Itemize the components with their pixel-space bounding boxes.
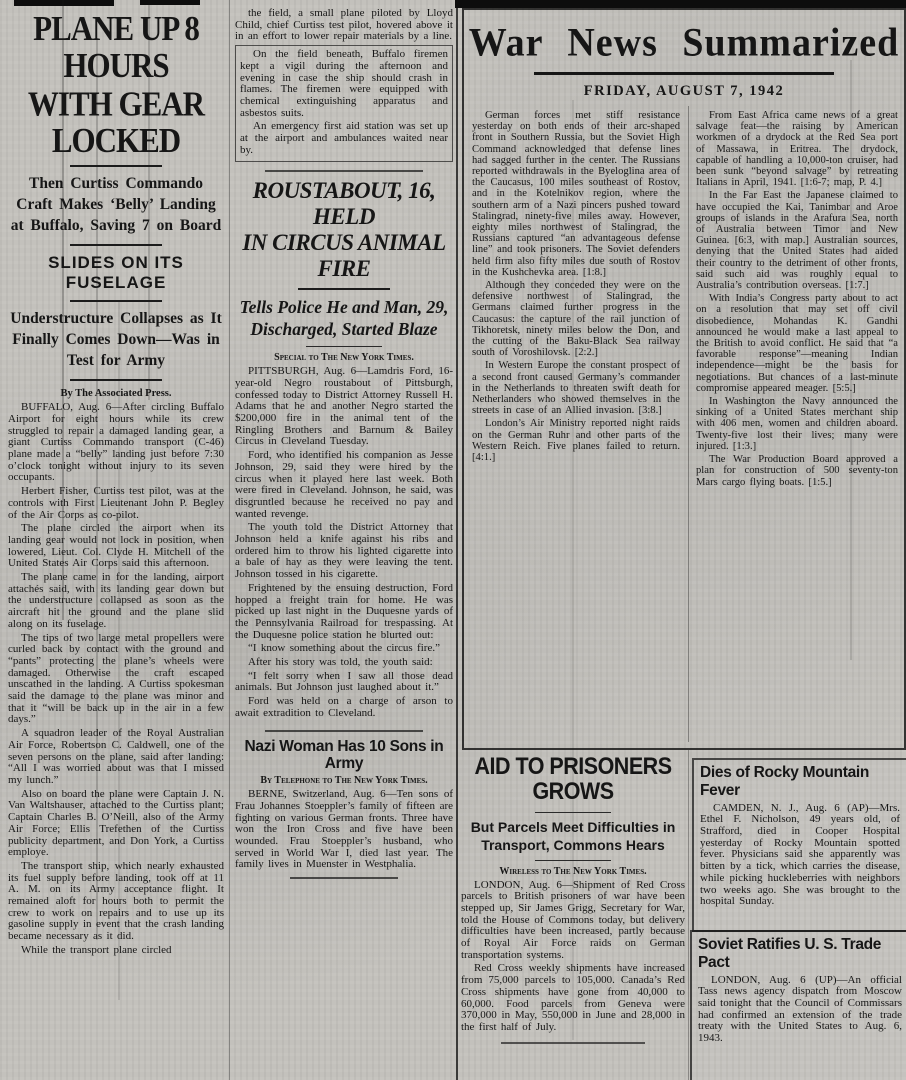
paragraph: The transport ship, which nearly exhaust…	[8, 861, 224, 943]
divider-rule	[298, 288, 390, 290]
paragraph: A squadron leader of the Royal Australia…	[8, 728, 224, 787]
inner-column-rule	[688, 106, 689, 742]
paragraph: From East Africa came news of a great sa…	[696, 110, 898, 188]
trade-pact-article: Soviet Ratifies U. S. Trade Pact LONDON,…	[690, 930, 906, 1080]
paragraph: In the Far East the Japanese claimed to …	[696, 190, 898, 291]
paragraph: After his story was told, the youth said…	[235, 657, 453, 669]
war-news-left-column: German forces met stiff resistance yeste…	[472, 110, 680, 465]
paragraph: The plane circled the airport when its l…	[8, 523, 224, 570]
paragraph: Ford was held on a charge of arson to aw…	[235, 696, 453, 719]
paragraph: In Washington the Navy announced the sin…	[696, 396, 898, 452]
paragraph: An emergency first aid station was set u…	[240, 121, 448, 156]
paragraph: Red Cross weekly shipments have increase…	[461, 963, 685, 1033]
divider-rule	[535, 860, 611, 861]
paragraph: PITTSBURGH, Aug. 6—Lamdris Ford, 16-year…	[235, 366, 453, 448]
war-news-summary-box: War News Summarized FRIDAY, AUGUST 7, 19…	[462, 8, 906, 750]
divider-rule	[70, 165, 162, 167]
paragraph: The tips of two large metal propellers w…	[8, 633, 224, 727]
column-2: the field, a small plane piloted by Lloy…	[235, 8, 453, 879]
paragraph: While the transport plane circled	[8, 945, 224, 957]
roustabout-credit: Special to The New York Times.	[235, 352, 453, 363]
divider-rule	[306, 346, 382, 347]
paragraph: BERNE, Switzerland, Aug. 6—Ten sons of F…	[235, 789, 453, 871]
roustabout-headline: ROUSTABOUT, 16, HELD IN CIRCUS ANIMAL FI…	[235, 178, 453, 281]
paragraph: Herbert Fisher, Curtiss test pilot, was …	[8, 486, 224, 521]
plane-byline: By The Associated Press.	[8, 388, 224, 399]
plane-deck2: Understructure Collapses as It Finally C…	[8, 309, 224, 372]
prisoners-credit: Wireless to The New York Times.	[461, 866, 685, 877]
paragraph: “I know something about the circus fire.…	[235, 643, 453, 655]
prisoners-article: AID TO PRISONERS GROWS But Parcels Meet …	[461, 754, 685, 1080]
nazi-woman-credit: By Telephone to The New York Times.	[235, 775, 453, 786]
plane-headline-line1: PLANE UP 8 HOURS	[8, 10, 224, 85]
fever-headline: Dies of Rocky Mountain Fever	[700, 764, 900, 800]
paragraph: “I felt sorry when I saw all those dead …	[235, 671, 453, 694]
plane-headline: PLANE UP 8 HOURS WITH GEAR LOCKED	[8, 10, 224, 160]
prisoners-headline: AID TO PRISONERS GROWS	[461, 754, 685, 804]
paragraph: London’s Air Ministry reported night rai…	[472, 418, 680, 463]
paragraph: With India’s Congress party about to act…	[696, 293, 898, 394]
paragraph: German forces met stiff resistance yeste…	[472, 110, 680, 278]
column-rule	[229, 0, 230, 1080]
paragraph: Frightened by the ensuing destruction, F…	[235, 583, 453, 642]
scan-artifact	[14, 0, 114, 6]
paragraph: The plane came in for the landing, airpo…	[8, 572, 224, 631]
nazi-woman-headline: Nazi Woman Has 10 Sons in Army	[235, 738, 453, 774]
war-news-dateline: FRIDAY, AUGUST 7, 1942	[464, 83, 904, 100]
roustabout-deck: Tells Police He and Man, 29, Discharged,…	[235, 297, 453, 341]
newspaper-page: PLANE UP 8 HOURS WITH GEAR LOCKED Then C…	[0, 0, 906, 1080]
paragraph: CAMDEN, N. J., Aug. 6 (AP)—Mrs. Ethel F.…	[700, 803, 900, 908]
plane-article: PLANE UP 8 HOURS WITH GEAR LOCKED Then C…	[8, 10, 224, 959]
paragraph: In Western Europe the constant prospect …	[472, 360, 680, 416]
paragraph: On the field beneath, Buffalo firemen ke…	[240, 49, 448, 119]
paragraph: the field, a small plane piloted by Lloy…	[235, 8, 453, 43]
title-rule	[534, 72, 834, 75]
plane-subhead: SLIDES ON ITS FUSELAGE	[8, 253, 224, 294]
scan-artifact	[140, 0, 200, 5]
nazi-woman-article: Nazi Woman Has 10 Sons in Army By Teleph…	[235, 738, 453, 880]
war-news-right-column: From East Africa came news of a great sa…	[696, 110, 898, 490]
plane-deck1: Then Curtiss Commando Craft Makes ‘Belly…	[8, 174, 224, 237]
divider-rule	[70, 244, 162, 246]
divider-rule	[535, 812, 611, 813]
paragraph: The War Production Board approved a plan…	[696, 454, 898, 488]
paragraph: The youth told the District Attorney tha…	[235, 522, 453, 581]
column-rule	[688, 750, 689, 1080]
column-rule	[456, 0, 458, 1080]
scan-artifact	[455, 0, 906, 8]
divider-rule	[70, 379, 162, 381]
trade-pact-headline: Soviet Ratifies U. S. Trade Pact	[698, 936, 902, 972]
fever-article: Dies of Rocky Mountain Fever CAMDEN, N. …	[692, 758, 906, 932]
paragraph: BUFFALO, Aug. 6—After circling Buffalo A…	[8, 402, 224, 484]
paragraph: Although they conceded they were on the …	[472, 280, 680, 358]
divider-rule	[70, 300, 162, 302]
plane-headline-line2: WITH GEAR LOCKED	[8, 85, 224, 160]
roustabout-headline-line2: IN CIRCUS ANIMAL FIRE	[235, 230, 453, 282]
prisoners-deck: But Parcels Meet Difficulties in Transpo…	[461, 818, 685, 854]
roustabout-headline-line1: ROUSTABOUT, 16, HELD	[235, 178, 453, 230]
firemen-boxed-text: On the field beneath, Buffalo firemen ke…	[235, 45, 453, 162]
paragraph: Also on board the plane were Captain J. …	[8, 789, 224, 859]
paragraph: Ford, who identified his companion as Je…	[235, 450, 453, 520]
paragraph: LONDON, Aug. 6 (UP)—An official Tass new…	[698, 975, 902, 1045]
war-news-title: War News Summarized	[464, 20, 904, 66]
roustabout-article: ROUSTABOUT, 16, HELD IN CIRCUS ANIMAL FI…	[235, 178, 453, 719]
paragraph: LONDON, Aug. 6—Shipment of Red Cross par…	[461, 880, 685, 962]
